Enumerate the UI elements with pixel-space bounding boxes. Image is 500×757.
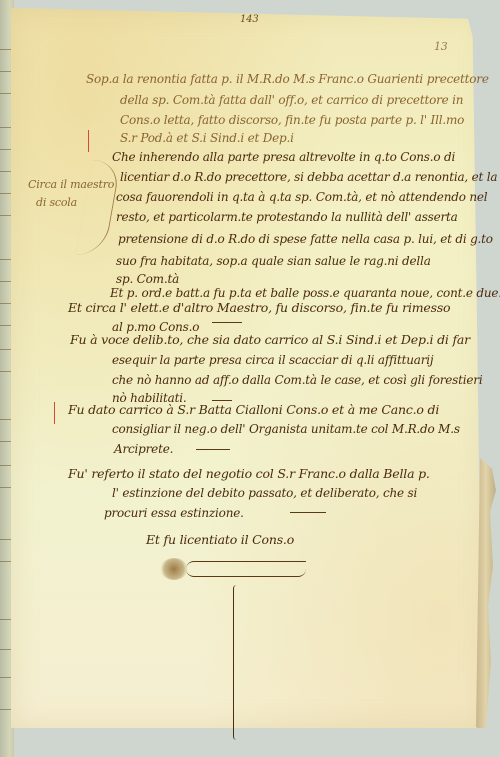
- line-end-dash: [212, 322, 242, 323]
- text-line: della sp. Com.tà fatta dall' off.o, et c…: [120, 93, 463, 107]
- text-line: suo fra habitata, sop.a quale sian salue…: [116, 254, 431, 268]
- closing-line: Et fu licentiato il Cons.o: [146, 532, 294, 547]
- text-line: l' estinzione del debito passato, et del…: [112, 486, 417, 500]
- closing-line-stroke: [233, 585, 240, 740]
- margin-note-line2: di scola: [36, 196, 77, 209]
- red-margin-mark: [88, 130, 89, 152]
- text-line: S.r Pod.à et S.i Sind.i et Dep.i: [120, 131, 294, 145]
- signature-flourish: [186, 561, 306, 577]
- text-line: Cons.o letta, fatto discorso, fin.te fu …: [120, 113, 464, 127]
- folio-number-center: 143: [240, 14, 259, 25]
- line-end-dash: [196, 449, 230, 450]
- text-line: Et p. ord.e batt.a fu p.ta et balle poss…: [110, 286, 500, 300]
- text-line: Fu à voce delib.to, che sia dato carrico…: [70, 332, 470, 347]
- ink-blot: [160, 558, 188, 580]
- text-line: Fu dato carrico à S.r Batta Cialloni Con…: [68, 402, 439, 417]
- text-line: procuri essa estinzione.: [104, 506, 244, 520]
- text-line: licentiar d.o R.do precettore, si debba …: [120, 170, 497, 184]
- text-line: consigliar il neg.o dell' Organista unit…: [112, 422, 460, 436]
- line-end-dash: [290, 512, 326, 513]
- line-end-dash: [212, 400, 232, 401]
- text-line: Che inherendo alla parte presa altrevolt…: [112, 150, 455, 164]
- text-line: cosa fauorendoli in q.ta à q.ta sp. Com.…: [116, 190, 487, 204]
- text-line: pretensione di d.o R.do di spese fatte n…: [118, 232, 493, 246]
- text-line: che nò hanno ad aff.o dalla Com.tà le ca…: [112, 373, 482, 387]
- text-line: Arciprete.: [114, 442, 173, 456]
- text-line: esequir la parte presa circa il scacciar…: [112, 353, 433, 367]
- text-line: Et circa l' elett.e d'altro Maestro, fu …: [68, 300, 450, 315]
- folio-number-right: 13: [434, 40, 448, 53]
- text-line: Sop.a la renontia fatta p. il M.R.do M.s…: [86, 72, 489, 86]
- text-line: Fu' referto il stato del negotio col S.r…: [68, 466, 430, 481]
- text-line: sp. Com.tà: [116, 272, 179, 286]
- red-margin-mark: [54, 402, 55, 424]
- text-line: resto, et particolarm.te protestando la …: [116, 210, 458, 224]
